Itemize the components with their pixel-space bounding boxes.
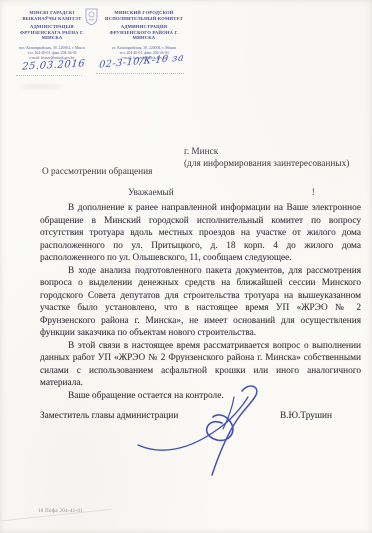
handwritten-signature-icon: [130, 381, 280, 481]
paragraph: В дополнение к ранее направленной информ…: [40, 202, 361, 265]
scan-smudge: [20, 84, 62, 89]
city-label: г. Минск: [184, 147, 370, 159]
handwritten-date: 25.03.2016: [22, 58, 86, 72]
city-block: г. Минск (для информирования заинтересов…: [184, 147, 370, 170]
org-name-russian: МИНСКИЙ ГОРОДСКОЙ ИСПОЛНИТЕЛЬНЫЙ КОМИТЕТ: [100, 10, 188, 21]
salutation-punctuation: !: [312, 188, 315, 198]
number-field-line: [96, 72, 184, 74]
letterhead-column-belarusian: МІНСКІ ГАРАДСКІ ВЫКАНАЎЧЫ КАМІТЭТ АДМІНІ…: [12, 10, 92, 61]
subject-line: О рассмотрении обращения: [42, 167, 152, 177]
dept-name-belarusian: АДМІНІСТРАЦЫЯ ФРУНЗЕНСКАГА РАЁНА Г. МІНС…: [12, 24, 92, 41]
coat-of-arms-icon: [84, 8, 99, 26]
salutation-line: Уважаемый !: [40, 188, 362, 198]
paragraph: В ходе анализа подготовленного пакета до…: [40, 265, 361, 340]
salutation-word: Уважаемый: [128, 188, 174, 198]
info-note: (для информирования заинтересованных): [184, 159, 370, 171]
dept-name-russian: АДМИНИСТРАЦИЯ ФРУНЗЕНСКОГО РАЙОНА Г. МИН…: [100, 24, 188, 41]
org-name-belarusian: МІНСКІ ГАРАДСКІ ВЫКАНАЎЧЫ КАМІТЭТ: [12, 10, 92, 21]
scanned-letter-page: МІНСКІ ГАРАДСКІ ВЫКАНАЎЧЫ КАМІТЭТ АДМІНІ…: [0, 0, 372, 533]
letter-body: В дополнение к ранее направленной информ…: [40, 202, 361, 402]
signer-name: В.Ю.Трушин: [280, 411, 332, 421]
date-field-line: [16, 74, 82, 76]
